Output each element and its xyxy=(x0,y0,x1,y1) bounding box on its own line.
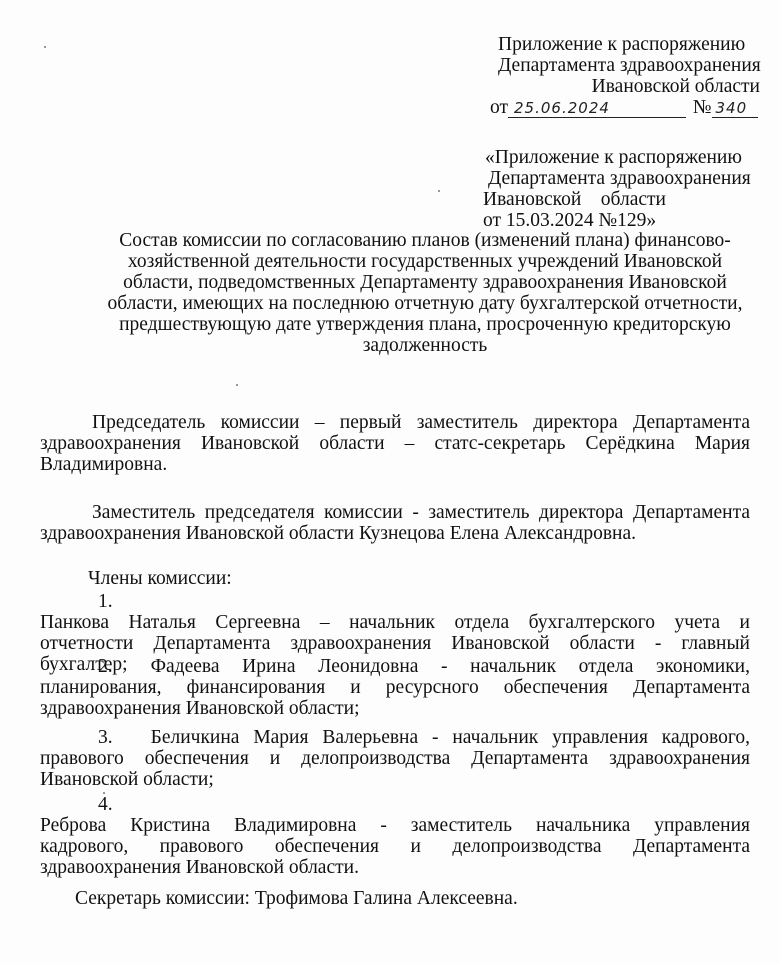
chairman-line: Председатель комиссии – первый заместите… xyxy=(40,412,750,433)
title-line: области, имеющих на последнюю отчетную д… xyxy=(105,293,745,314)
title-line: области, подведомственных Департаменту з… xyxy=(105,272,745,293)
chairman-line: здравоохранения Ивановской области – ста… xyxy=(40,433,750,454)
secretary-line: Секретарь комиссии: Трофимова Галина Але… xyxy=(75,888,518,909)
members-heading: Члены комиссии: xyxy=(88,568,232,589)
member-text: Фадеева Ирина Леонидовна - начальник отд… xyxy=(113,656,750,677)
scan-speck xyxy=(103,792,105,794)
date-prefix: от xyxy=(490,97,508,118)
attachment-line-3: Ивановской области xyxy=(498,76,760,97)
document-page: Приложение к распоряжению Департамента з… xyxy=(0,0,780,963)
member-number: 1. xyxy=(40,591,198,612)
quoted-line-3: Ивановской области xyxy=(483,189,751,210)
chairman-paragraph: Председатель комиссии – первый заместите… xyxy=(40,412,750,475)
member-line: кадрового, правового обеспечения и делоп… xyxy=(40,836,750,857)
member-number: 2. xyxy=(40,656,113,677)
member-line: правового обеспечения и делопроизводства… xyxy=(40,748,750,769)
member-text: Беличкина Мария Валерьевна - начальник у… xyxy=(113,727,750,748)
deputy-line: Заместитель председателя комиссии - заме… xyxy=(40,502,750,523)
member-number: 4. xyxy=(40,794,198,815)
quoted-line-4: от 15.03.2024 №129» xyxy=(483,210,751,231)
member-number: 3. xyxy=(40,727,113,748)
title-line: задолженность xyxy=(105,335,745,356)
number-field: 340 xyxy=(712,97,758,118)
member-first-line: 1.Панкова Наталья Сергеевна – начальник … xyxy=(40,591,750,633)
member-first-line: 4.Реброва Кристина Владимировна - замест… xyxy=(40,794,750,836)
member-first-line: 2.Фадеева Ирина Леонидовна - начальник о… xyxy=(40,656,750,677)
title-line: предшествующую дате утверждения плана, п… xyxy=(105,314,745,335)
member-item: 3.Беличкина Мария Валерьевна - начальник… xyxy=(40,727,750,790)
date-handwritten: 25.06.2024 xyxy=(508,99,610,117)
attachment-line-2: Департамента здравоохранения xyxy=(498,55,760,76)
member-text: Реброва Кристина Владимировна - заместит… xyxy=(40,815,750,836)
date-field: 25.06.2024 xyxy=(508,97,686,118)
number-handwritten: 340 xyxy=(712,99,748,117)
attachment-date-row: от25.06.2024 №340 xyxy=(490,97,760,118)
chairman-line: Владимировна. xyxy=(40,454,750,475)
member-text: Панкова Наталья Сергеевна – начальник от… xyxy=(40,612,750,633)
member-first-line: 3.Беличкина Мария Валерьевна - начальник… xyxy=(40,727,750,748)
member-line: отчетности Департамента здравоохранения … xyxy=(40,633,750,654)
attachment-header: Приложение к распоряжению Департамента з… xyxy=(498,34,760,118)
title-line: Состав комиссии по согласованию планов (… xyxy=(105,230,745,251)
deputy-paragraph: Заместитель председателя комиссии - заме… xyxy=(40,502,750,544)
title-line: хозяйственной деятельности государственн… xyxy=(105,251,745,272)
quoted-attachment-header: «Приложение к распоряжению Департамента … xyxy=(483,147,751,231)
attachment-line-1: Приложение к распоряжению xyxy=(498,34,760,55)
member-item: 4.Реброва Кристина Владимировна - замест… xyxy=(40,794,750,878)
member-line: планирования, финансирования и ресурсног… xyxy=(40,677,750,698)
deputy-line: здравоохранения Ивановской области Кузне… xyxy=(40,523,750,544)
scan-speck xyxy=(438,190,440,192)
member-line: здравоохранения Ивановской области; xyxy=(40,698,750,719)
member-line: здравоохранения Ивановской области. xyxy=(40,857,750,878)
quoted-line-2: Департамента здравоохранения xyxy=(483,168,751,189)
scan-speck xyxy=(236,384,238,386)
scan-speck xyxy=(44,46,46,48)
quoted-line-1: «Приложение к распоряжению xyxy=(483,147,751,168)
member-line: Ивановской области; xyxy=(40,769,750,790)
document-title: Состав комиссии по согласованию планов (… xyxy=(105,230,745,356)
number-prefix: № xyxy=(693,97,712,118)
member-item: 2.Фадеева Ирина Леонидовна - начальник о… xyxy=(40,656,750,719)
